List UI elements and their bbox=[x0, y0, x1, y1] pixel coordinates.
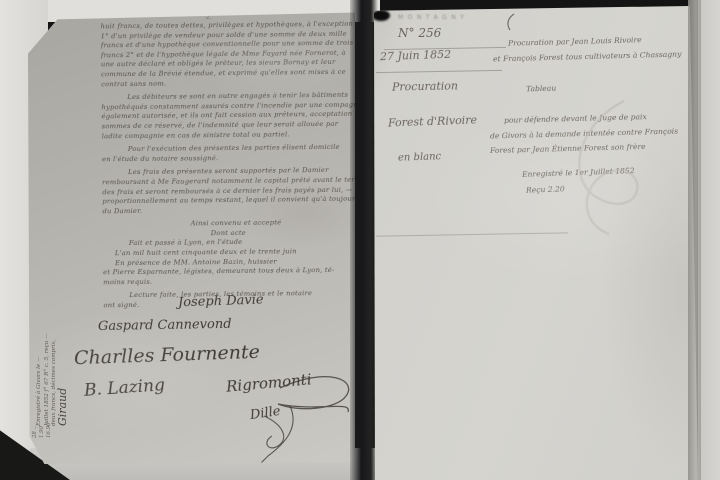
manuscript-line: moins requis. bbox=[103, 276, 357, 288]
act-type: Procuration bbox=[392, 79, 458, 93]
underlying-sheet-right bbox=[698, 0, 720, 480]
manuscript-line: francs et d'une hypothèque conventionnel… bbox=[101, 39, 355, 51]
archive-stamp-text: MONTAGNY bbox=[398, 14, 468, 21]
summary-line: Tableau bbox=[526, 84, 556, 94]
manuscript-line: Lecture faite, les parties, les témoins … bbox=[103, 289, 357, 301]
registration-note: Enregistré le 1er Juillet 1852 bbox=[522, 166, 635, 179]
margin-note-line: deux francs, décimes compris, bbox=[51, 236, 59, 426]
manuscript-line: 1° d'un privilège de vendeur pour solde … bbox=[101, 29, 355, 41]
summary-line: et François Forest tous cultivateurs à C… bbox=[493, 50, 682, 64]
manuscript-line: ont signé. bbox=[103, 299, 357, 311]
signature-charlles: Charlles Fournente bbox=[74, 341, 261, 369]
manuscript-line: ladite compagnie en cas de sinistre tota… bbox=[102, 129, 356, 141]
binding-spine-shadow bbox=[350, 0, 378, 480]
manuscript-page-right: MONTAGNY N° 256 27 Juin 1852 Procuration… bbox=[374, 6, 698, 480]
manuscript-line: Ainsi convenu et accepté bbox=[103, 218, 357, 230]
summary-line: de Givors à la demande intentée contre F… bbox=[490, 127, 678, 141]
manuscript-line: en l'étude du notaire soussigné. bbox=[102, 152, 356, 164]
act-note: en blanc bbox=[398, 151, 441, 163]
underline-rule bbox=[384, 47, 506, 50]
manuscript-line: du Damier. bbox=[102, 204, 356, 216]
underline-rule bbox=[376, 70, 502, 73]
signature-joseph-davie: Joseph Davie bbox=[178, 293, 264, 311]
margin-note-line: Juillet 1852 f° 67 R° c. 5, reçu — bbox=[44, 236, 52, 426]
margin-registration-note: Enregistré à Givors le — Juillet 1852 f°… bbox=[36, 236, 66, 426]
manuscript-line: sommes de ce réservé, de l'indemnité que… bbox=[102, 120, 356, 132]
summary-line: pour défendre devant le Juge de paix bbox=[504, 112, 647, 125]
manuscript-line: Les débiteurs se sont en outre engagés à… bbox=[101, 91, 355, 103]
corner-figure: 1.90 bbox=[39, 388, 46, 438]
manuscript-line: Dont acte bbox=[103, 228, 357, 240]
margin-note-signature: Giraud bbox=[59, 236, 67, 426]
archival-scan: 2. huit francs, de toutes dettes, privil… bbox=[0, 0, 720, 480]
manuscript-line: L'an mil huit cent cinquante deux et le … bbox=[103, 247, 357, 259]
signature-gaspard: Gaspard Cannevond bbox=[98, 317, 232, 334]
signature-lazing: B. Lazing bbox=[83, 375, 165, 401]
page-edge-strip bbox=[688, 0, 701, 480]
manuscript-line: également autorisée, et ils ont fait ces… bbox=[101, 110, 355, 122]
summary-line: Forest par Jean Étienne Forest son frère bbox=[490, 142, 646, 155]
manuscript-line: francs 2° et de l'hypothèque légale de M… bbox=[101, 48, 355, 60]
manuscript-line: Les frais des présentes seront supportés… bbox=[102, 166, 356, 178]
manuscript-line: des frais et seront remboursés à ce dern… bbox=[102, 185, 356, 197]
manuscript-line: Fait et passé à Lyon, en l'étude bbox=[103, 237, 357, 249]
manuscript-line: commune de la Brévié étendue, et exprimé… bbox=[101, 68, 355, 80]
manuscript-line: Pour l'exécution des présentes les parti… bbox=[102, 143, 356, 155]
manuscript-line: et Pierre Esparnante, légistes, demeuran… bbox=[103, 266, 357, 278]
signature-flourish-strokes bbox=[28, 8, 355, 464]
manuscript-body-text: huit francs, de toutes dettes, privilège… bbox=[100, 20, 357, 311]
corner-account-figures: 28 .. 1.90 16.90 bbox=[32, 388, 53, 438]
manuscript-line: remboursant à Me Faugerard notamment le … bbox=[102, 176, 356, 188]
act-date: 27 Juin 1852 bbox=[380, 48, 452, 63]
act-number: N° 256 bbox=[398, 26, 441, 40]
corner-figure: 28 .. bbox=[32, 388, 39, 438]
manuscript-line: proportionnellement au temps restant, le… bbox=[102, 195, 356, 207]
margin-note-line: Enregistré à Givors le — bbox=[36, 236, 44, 426]
manuscript-line: huit francs, de toutes dettes, privilège… bbox=[100, 20, 354, 32]
manuscript-line: En présence de MM. Antoine Bazin, huissi… bbox=[103, 256, 357, 268]
manuscript-line: contrat sans nom. bbox=[101, 77, 355, 89]
summary-line: Procuration par Jean Louis Rivoire bbox=[508, 35, 642, 47]
manuscript-page-left: 2. huit francs, de toutes dettes, privil… bbox=[28, 8, 355, 464]
manuscript-line: une autre déclaré et obligés le prêteur,… bbox=[101, 58, 355, 70]
corner-figure: 16.90 bbox=[46, 388, 53, 438]
registration-fee: Reçu 2.20 bbox=[526, 184, 565, 194]
signature-paraph: Dille bbox=[249, 404, 281, 423]
manuscript-line: hypothéqués constamment assurés contre l… bbox=[101, 100, 355, 112]
section-divider-rule bbox=[376, 232, 568, 236]
ghost-ink-flourish bbox=[374, 6, 698, 480]
ink-smudge bbox=[372, 10, 390, 21]
act-parties: Forest d'Rivoire bbox=[388, 113, 477, 129]
signature-rigromonti: Rigromonti bbox=[225, 370, 312, 395]
